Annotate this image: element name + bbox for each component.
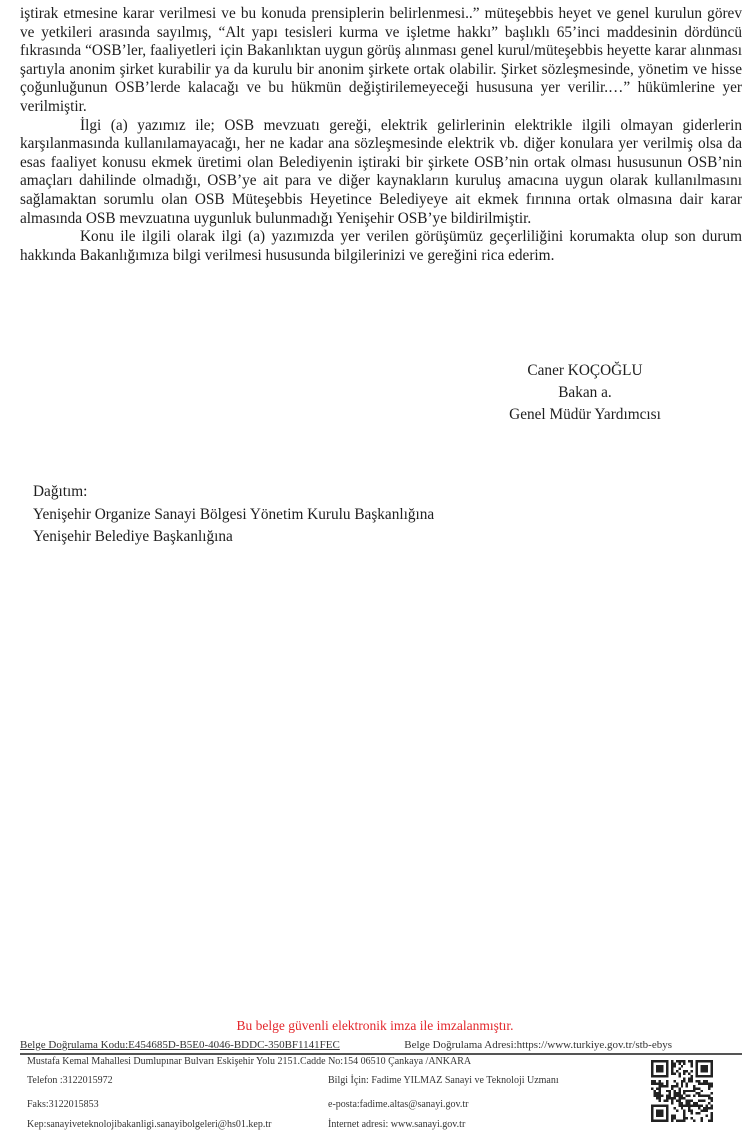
kep-address: Kep:sanayiveteknolojibakanligi.sanayibol…	[27, 1119, 271, 1130]
website-link[interactable]: İnternet adresi: www.sanayi.gov.tr	[328, 1119, 465, 1130]
verification-code: Belge Doğrulama Kodu:E454685D-B5E0-4046-…	[20, 1039, 340, 1051]
signatory-name: Caner KOÇOĞLU	[470, 360, 700, 382]
paragraph-ilgi-a: İlgi (a) yazımız ile; OSB mevzuatı gereğ…	[20, 117, 742, 229]
signature-block: Caner KOÇOĞLU Bakan a. Genel Müdür Yardı…	[470, 360, 700, 426]
fax: Faks:3122015853	[27, 1099, 99, 1110]
letter-body: iştirak etmesine karar verilmesi ve bu k…	[20, 5, 742, 265]
paragraph-regulation-quote: iştirak etmesine karar verilmesi ve bu k…	[20, 5, 742, 117]
signatory-role-2: Genel Müdür Yardımcısı	[470, 404, 700, 426]
verification-address-link[interactable]: Belge Doğrulama Adresi:https://www.turki…	[404, 1039, 672, 1051]
signatory-role-1: Bakan a.	[470, 382, 700, 404]
distribution-list: Dağıtım: Yenişehir Organize Sanayi Bölge…	[33, 481, 434, 549]
info-contact: Bilgi İçin: Fadime YILMAZ Sanayi ve Tekn…	[328, 1075, 559, 1086]
verification-row: Belge Doğrulama Kodu:E454685D-B5E0-4046-…	[20, 1039, 742, 1051]
qr-code-icon	[651, 1060, 713, 1122]
address: Mustafa Kemal Mahallesi Dumlupınar Bulva…	[27, 1056, 471, 1067]
distribution-item: Yenişehir Belediye Başkanlığına	[33, 526, 434, 549]
paragraph-request: Konu ile ilgili olarak ilgi (a) yazımızd…	[20, 228, 742, 265]
distribution-item: Yenişehir Organize Sanayi Bölgesi Yöneti…	[33, 504, 434, 527]
email-link[interactable]: e-posta:fadime.altas@sanayi.gov.tr	[328, 1099, 468, 1110]
phone: Telefon :3122015972	[27, 1075, 113, 1086]
distribution-title: Dağıtım:	[33, 481, 434, 504]
footer-divider	[20, 1053, 742, 1055]
esign-notice: Bu belge güvenli elektronik imza ile imz…	[0, 1018, 750, 1034]
